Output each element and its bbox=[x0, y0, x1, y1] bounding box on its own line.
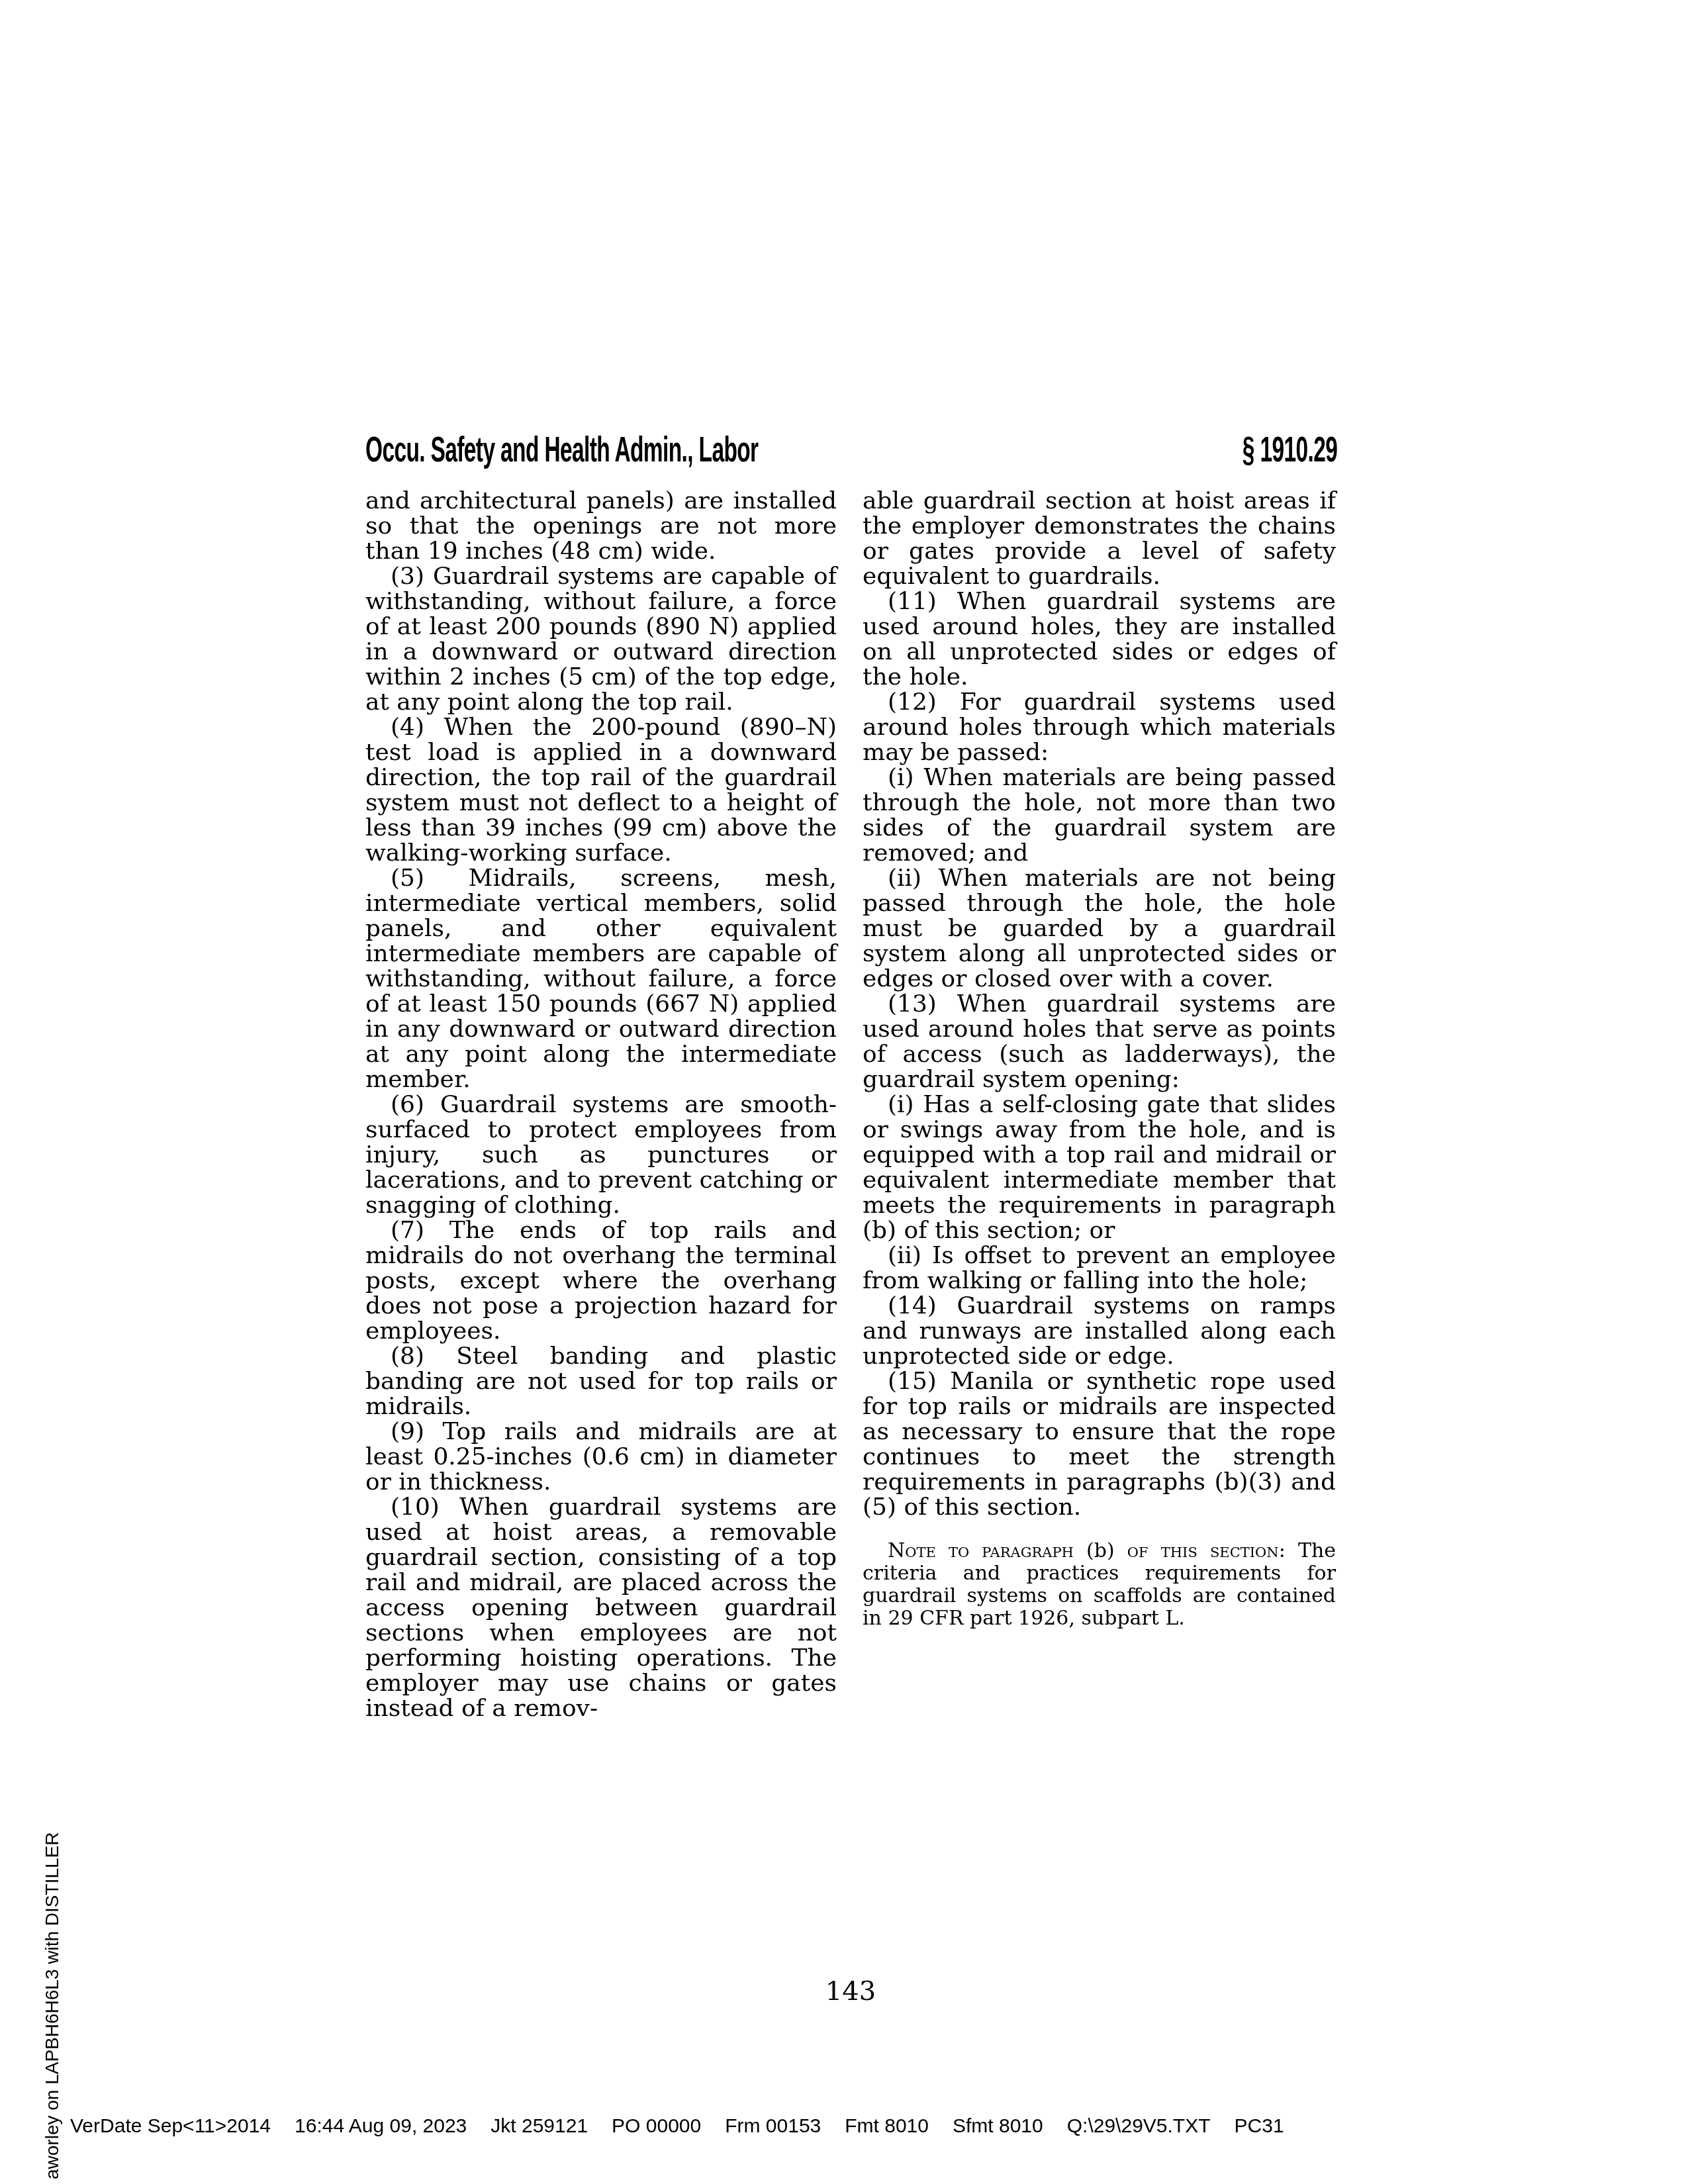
paragraph-b15: (15) Manila or synthetic rope used for t… bbox=[863, 1369, 1336, 1520]
document-page: Occu. Safety and Health Admin., Labor § … bbox=[0, 0, 1688, 2184]
left-column: and architectural panels) are installed … bbox=[365, 489, 837, 1721]
paragraph-b12-i: (i) When materials are being passed thro… bbox=[863, 765, 1336, 866]
paragraph-b7: (7) The ends of top rails and midrails d… bbox=[365, 1218, 837, 1344]
note-to-paragraph-b: Note to paragraph (b) of this section: T… bbox=[863, 1540, 1336, 1630]
paragraph-b12-ii: (ii) When materials are not being passed… bbox=[863, 866, 1336, 992]
right-column: able guardrail section at hoist areas if… bbox=[863, 489, 1336, 1630]
running-head-left: Occu. Safety and Health Admin., Labor bbox=[365, 432, 758, 467]
note-label-tail: of this section: bbox=[1115, 1539, 1298, 1562]
paragraph-b13: (13) When guardrail systems are used aro… bbox=[863, 992, 1336, 1092]
paragraph-b8: (8) Steel banding and plastic banding ar… bbox=[365, 1344, 837, 1419]
footer-fmt: Fmt 8010 bbox=[845, 2114, 929, 2138]
paragraph-b10-continued: able guardrail section at hoist areas if… bbox=[863, 489, 1336, 589]
footer-sfmt: Sfmt 8010 bbox=[953, 2114, 1043, 2138]
paragraph-b10: (10) When guardrail systems are used at … bbox=[365, 1495, 837, 1721]
footer-po: PO 00000 bbox=[612, 2114, 701, 2138]
paragraph-continuation: and architectural panels) are installed … bbox=[365, 489, 837, 564]
running-head-section-number: § 1910.29 bbox=[1243, 432, 1337, 467]
paragraph-b6: (6) Guardrail systems are smooth-surface… bbox=[365, 1092, 837, 1218]
footer-verdate: VerDate Sep<11>2014 bbox=[70, 2114, 271, 2138]
paragraph-b5: (5) Midrails, screens, mesh, intermediat… bbox=[365, 866, 837, 1092]
paragraph-b9: (9) Top rails and midrails are at least … bbox=[365, 1419, 837, 1495]
paragraph-b4: (4) When the 200-pound (890–N) test load… bbox=[365, 715, 837, 866]
paragraph-b13-ii: (ii) Is offset to prevent an employee fr… bbox=[863, 1243, 1336, 1294]
note-label-paren: (b) bbox=[1086, 1539, 1115, 1562]
footer-filepath: Q:\29\29V5.TXT bbox=[1067, 2114, 1211, 2138]
distiller-sidebar-text: aworley on LAPBH6H6L3 with DISTILLER bbox=[41, 1832, 64, 2179]
paragraph-b12: (12) For guardrail systems used around h… bbox=[863, 690, 1336, 765]
footer-frm: Frm 00153 bbox=[725, 2114, 821, 2138]
paragraph-b13-i: (i) Has a self-closing gate that slides … bbox=[863, 1092, 1336, 1243]
paragraph-b11: (11) When guardrail systems are used aro… bbox=[863, 589, 1336, 690]
paragraph-b3: (3) Guardrail systems are capable of wit… bbox=[365, 564, 837, 715]
footer-time: 16:44 Aug 09, 2023 bbox=[295, 2114, 467, 2138]
page-number: 143 bbox=[365, 1977, 1336, 2006]
paragraph-b14: (14) Guardrail systems on ramps and runw… bbox=[863, 1294, 1336, 1369]
note-label: Note to paragraph bbox=[888, 1539, 1086, 1562]
footer-pc: PC31 bbox=[1235, 2114, 1284, 2138]
gpo-footer-line: VerDate Sep<11>2014 16:44 Aug 09, 2023 J… bbox=[70, 2114, 1284, 2138]
footer-jkt: Jkt 259121 bbox=[491, 2114, 588, 2138]
